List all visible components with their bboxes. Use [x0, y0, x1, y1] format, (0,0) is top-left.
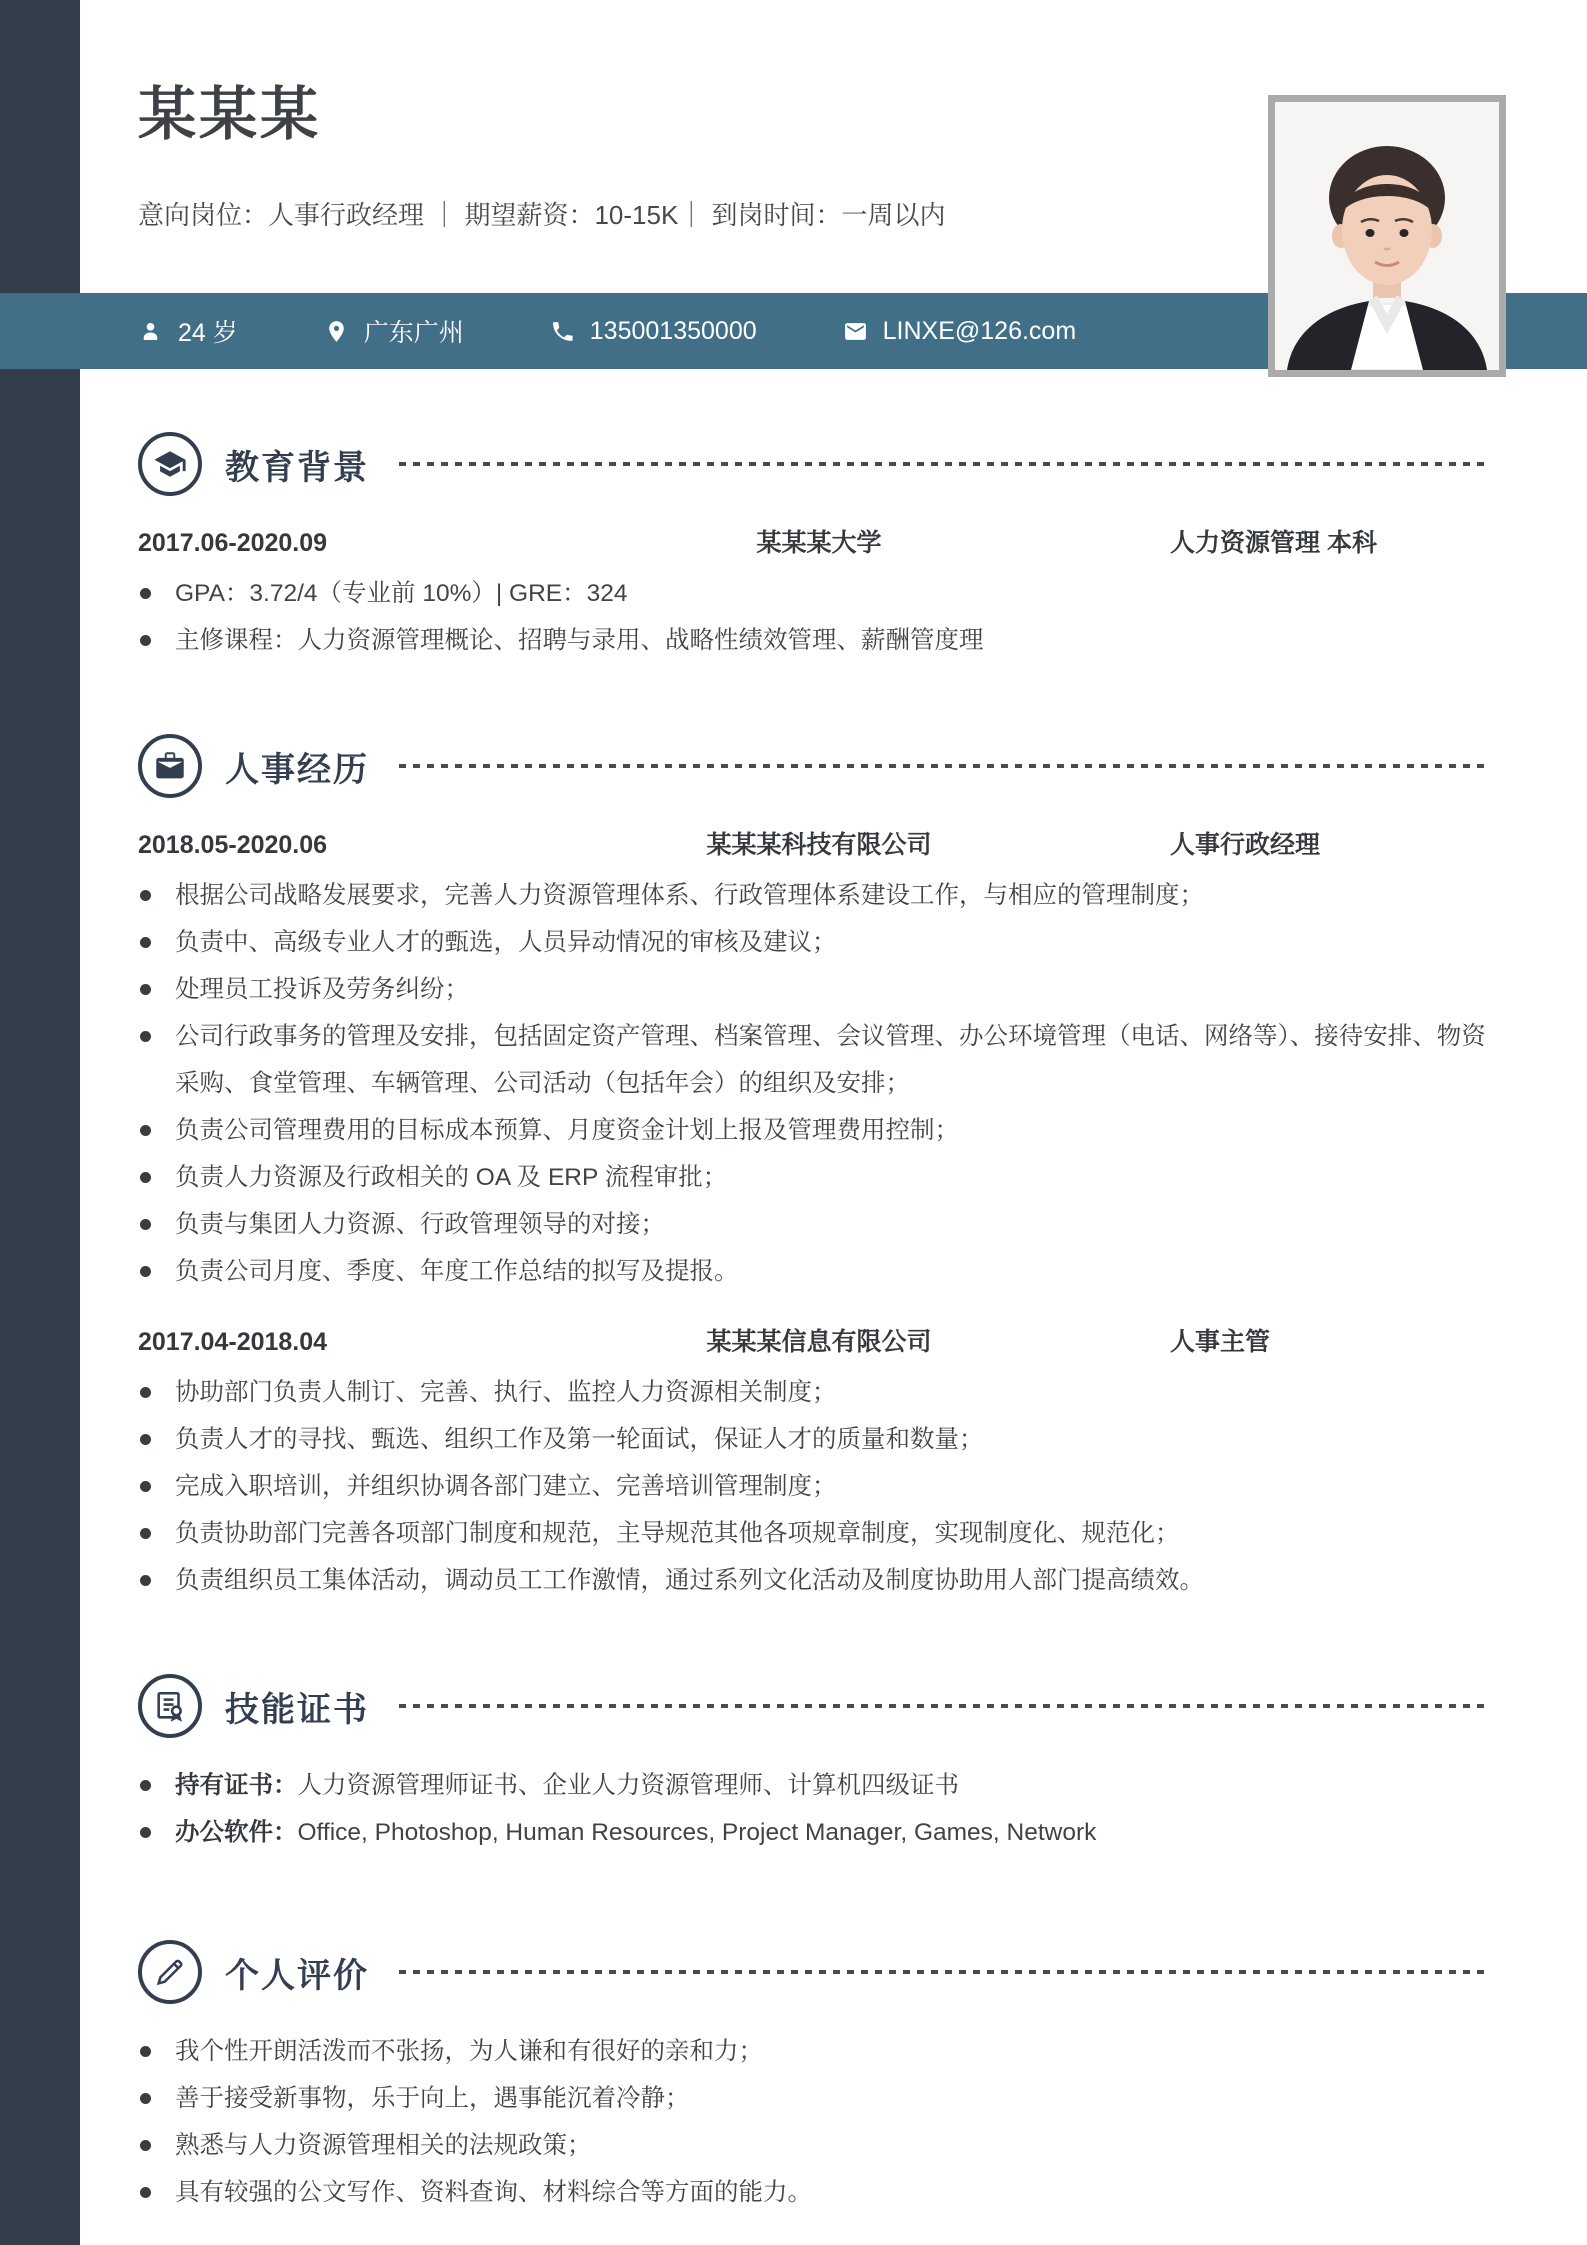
- dashed-divider: [399, 764, 1490, 768]
- evaluation-bullets: 我个性开朗活泼而不张扬，为人谦和有很好的亲和力； 善于接受新事物，乐于向上，遇事…: [138, 2028, 1490, 2216]
- bullet-dot-icon: [138, 1809, 175, 1856]
- bullet-dot-icon: [138, 2122, 175, 2169]
- section-header-experience: 人事经历: [138, 734, 1490, 798]
- experience-position: 人事主管: [1170, 1327, 1490, 1357]
- bullet-dot-icon: [138, 2075, 175, 2122]
- section-title-education: 教育背景: [225, 440, 369, 489]
- list-item: 负责公司管理费用的目标成本预算、月度资金计划上报及管理费用控制；: [138, 1107, 1490, 1154]
- list-item: 负责协助部门完善各项部门制度和规范，主导规范其他各项规章制度，实现制度化、规范化…: [138, 1510, 1490, 1557]
- section-title-self-evaluation: 个人评价: [225, 1948, 369, 1997]
- pencil-icon: [138, 1940, 202, 2004]
- skills-label: 办公软件：: [175, 1819, 298, 1846]
- experience-bullets: 根据公司战略发展要求，完善人力资源管理体系、行政管理体系建设工作，与相应的管理制…: [138, 872, 1490, 1295]
- user-icon: [138, 319, 163, 344]
- location-pin-icon: [324, 319, 349, 344]
- bullet-dot-icon: [138, 872, 175, 919]
- bullet-dot-icon: [138, 1369, 175, 1416]
- experience-entry-row: 2018.05-2020.06 某某某科技有限公司 人事行政经理: [138, 830, 1490, 860]
- experience-position: 人事行政经理: [1170, 830, 1490, 860]
- bullet-dot-icon: [138, 1510, 175, 1557]
- education-entry-row: 2017.06-2020.09 某某某大学 人力资源管理 本科: [138, 528, 1490, 558]
- bullet-dot-icon: [138, 1463, 175, 1510]
- list-item: 办公软件：Office, Photoshop, Human Resources,…: [138, 1809, 1490, 1856]
- section-header-skills: 技能证书: [138, 1674, 1490, 1738]
- list-item: 持有证书：人力资源管理师证书、企业人力资源管理师、计算机四级证书: [138, 1762, 1490, 1809]
- experience-date: 2018.05-2020.06: [138, 830, 468, 860]
- list-item: 负责公司月度、季度、年度工作总结的拟写及提报。: [138, 1248, 1490, 1295]
- bullet-dot-icon: [138, 2169, 175, 2216]
- contact-location: 广东广州: [324, 313, 464, 349]
- bullet-dot-icon: [138, 2028, 175, 2075]
- bullet-dot-icon: [138, 617, 175, 664]
- list-item: 熟悉与人力资源管理相关的法规政策；: [138, 2122, 1490, 2169]
- dashed-divider: [399, 1970, 1490, 1974]
- age-value: 24 岁: [178, 313, 238, 349]
- experience-bullets: 协助部门负责人制订、完善、执行、监控人力资源相关制度； 负责人才的寻找、甄选、组…: [138, 1369, 1490, 1604]
- education-date: 2017.06-2020.09: [138, 528, 468, 558]
- experience-entry-row: 2017.04-2018.04 某某某信息有限公司 人事主管: [138, 1327, 1490, 1357]
- list-item: 根据公司战略发展要求，完善人力资源管理体系、行政管理体系建设工作，与相应的管理制…: [138, 872, 1490, 919]
- list-item: 负责人力资源及行政相关的 OA 及 ERP 流程审批；: [138, 1154, 1490, 1201]
- dashed-divider: [399, 462, 1490, 466]
- list-item: 公司行政事务的管理及安排，包括固定资产管理、档案管理、会议管理、办公环境管理（电…: [138, 1013, 1490, 1107]
- section-self-evaluation: 个人评价 我个性开朗活泼而不张扬，为人谦和有很好的亲和力； 善于接受新事物，乐于…: [138, 1940, 1490, 2216]
- graduation-cap-icon: [138, 432, 202, 496]
- list-item: 负责中、高级专业人才的甄选，人员异动情况的审核及建议；: [138, 919, 1490, 966]
- dashed-divider: [399, 1704, 1490, 1708]
- list-item: 具有较强的公文写作、资料查询、材料综合等方面的能力。: [138, 2169, 1490, 2216]
- bullet-dot-icon: [138, 966, 175, 1013]
- list-item: 主修课程：人力资源管理概论、招聘与录用、战略性绩效管理、薪酬管度理: [138, 617, 1490, 664]
- location-value: 广东广州: [364, 313, 464, 349]
- briefcase-icon: [138, 734, 202, 798]
- bullet-dot-icon: [138, 1201, 175, 1248]
- contact-age: 24 岁: [138, 313, 238, 349]
- section-title-experience: 人事经历: [225, 742, 369, 791]
- bullet-dot-icon: [138, 1416, 175, 1463]
- skills-text: Office, Photoshop, Human Resources, Proj…: [298, 1819, 1097, 1846]
- resume-page: 24 岁 广东广州 135001350000 LINXE@126.com 某某某…: [0, 0, 1587, 2245]
- certificate-icon: [138, 1674, 202, 1738]
- section-education: 教育背景 2017.06-2020.09 某某某大学 人力资源管理 本科 GPA…: [138, 432, 1490, 664]
- list-item: 负责人才的寻找、甄选、组织工作及第一轮面试，保证人才的质量和数量；: [138, 1416, 1490, 1463]
- list-item: 负责与集团人力资源、行政管理领导的对接；: [138, 1201, 1490, 1248]
- section-skills: 技能证书 持有证书：人力资源管理师证书、企业人力资源管理师、计算机四级证书 办公…: [138, 1674, 1490, 1856]
- section-header-education: 教育背景: [138, 432, 1490, 496]
- list-item: 负责组织员工集体活动，调动员工工作激情，通过系列文化活动及制度协助用人部门提高绩…: [138, 1557, 1490, 1604]
- bullet-dot-icon: [138, 919, 175, 966]
- skills-text: 人力资源管理师证书、企业人力资源管理师、计算机四级证书: [298, 1772, 960, 1799]
- portrait-illustration: [1275, 102, 1499, 370]
- section-experience: 人事经历 2018.05-2020.06 某某某科技有限公司 人事行政经理 根据…: [138, 734, 1490, 1604]
- experience-company: 某某某科技有限公司: [468, 830, 1170, 860]
- contact-phone: 135001350000: [550, 317, 757, 346]
- section-title-skills: 技能证书: [225, 1682, 369, 1731]
- phone-icon: [550, 319, 575, 344]
- list-item: 处理员工投诉及劳务纠纷；: [138, 966, 1490, 1013]
- bullet-dot-icon: [138, 1248, 175, 1295]
- bullet-dot-icon: [138, 1557, 175, 1604]
- phone-value: 135001350000: [590, 317, 757, 346]
- bullet-dot-icon: [138, 1154, 175, 1201]
- education-bullets: GPA：3.72/4（专业前 10%）| GRE：324 主修课程：人力资源管理…: [138, 570, 1490, 664]
- profile-photo: [1268, 95, 1506, 377]
- contact-email: LINXE@126.com: [843, 317, 1077, 346]
- email-value: LINXE@126.com: [883, 317, 1077, 346]
- list-item: 善于接受新事物，乐于向上，遇事能沉着冷静；: [138, 2075, 1490, 2122]
- education-school: 某某某大学: [468, 528, 1170, 558]
- list-item: 协助部门负责人制订、完善、执行、监控人力资源相关制度；: [138, 1369, 1490, 1416]
- bullet-dot-icon: [138, 1013, 175, 1107]
- experience-date: 2017.04-2018.04: [138, 1327, 468, 1357]
- list-item: GPA：3.72/4（专业前 10%）| GRE：324: [138, 570, 1490, 617]
- bullet-dot-icon: [138, 1762, 175, 1809]
- list-item: 完成入职培训，并组织协调各部门建立、完善培训管理制度；: [138, 1463, 1490, 1510]
- email-icon: [843, 319, 868, 344]
- bullet-dot-icon: [138, 1107, 175, 1154]
- list-item: 我个性开朗活泼而不张扬，为人谦和有很好的亲和力；: [138, 2028, 1490, 2075]
- skills-label: 持有证书：: [175, 1772, 298, 1799]
- bullet-dot-icon: [138, 570, 175, 617]
- section-header-self-evaluation: 个人评价: [138, 1940, 1490, 2004]
- experience-company: 某某某信息有限公司: [468, 1327, 1170, 1357]
- skills-bullets: 持有证书：人力资源管理师证书、企业人力资源管理师、计算机四级证书 办公软件：Of…: [138, 1762, 1490, 1856]
- education-major-degree: 人力资源管理 本科: [1170, 528, 1490, 558]
